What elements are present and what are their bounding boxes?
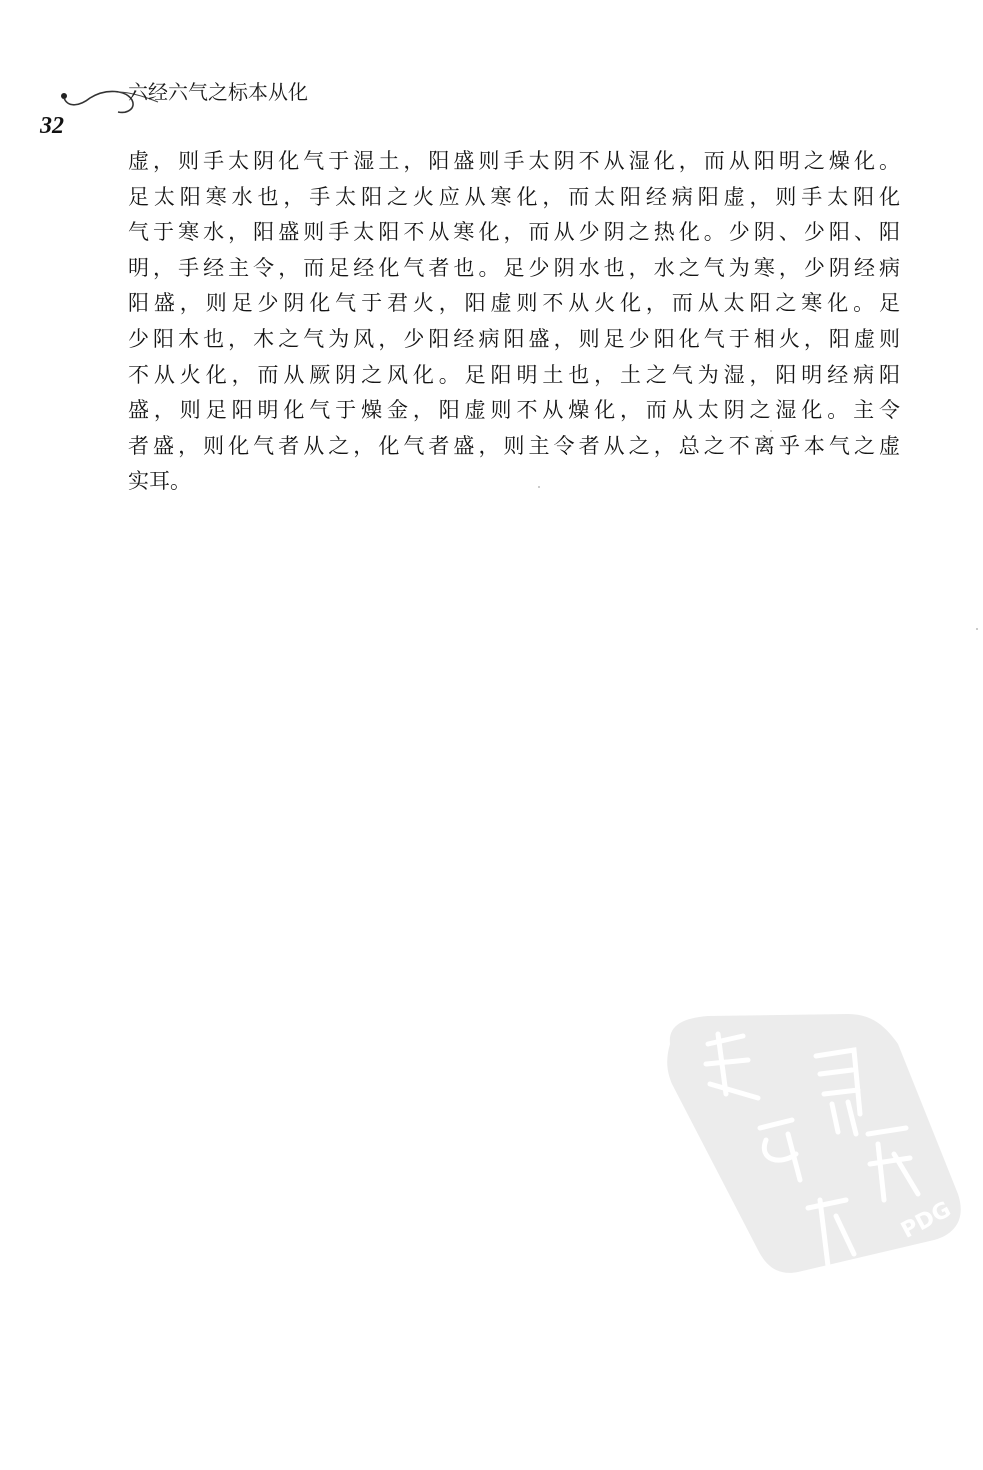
text-line: 少阳木也，木之气为风，少阳经病阳盛，则足少阳化气于相火，阳虚则 <box>128 322 900 358</box>
text-line: 者盛，则化气者从之，化气者盛，则主令者从之，总之不离乎本气之虚 <box>128 429 900 465</box>
running-title: 六经六气之标本从化 <box>128 76 308 105</box>
body-text: 虚，则手太阴化气于湿土，阳盛则手太阴不从湿化，而从阳明之燥化。 足太阳寒水也，手… <box>128 144 900 500</box>
text-line: 足太阳寒水也，手太阳之火应从寒化，而太阳经病阳虚，则手太阳化 <box>128 180 900 216</box>
page-number: 32 <box>40 113 64 140</box>
text-line: 不从火化，而从厥阴之风化。足阳明土也，土之气为湿，阳明经病阳 <box>128 358 900 394</box>
scan-speck <box>538 486 540 488</box>
text-line: 盛，则足阳明化气于燥金，阳虚则不从燥化，而从太阴之湿化。主令 <box>128 393 900 429</box>
text-line: 阳盛，则足少阴化气于君火，阳虚则不从火化，而从太阳之寒化。足 <box>128 286 900 322</box>
text-line: 实耳。 <box>128 464 900 500</box>
scan-speck <box>976 628 978 630</box>
text-line: 明，手经主令，而足经化气者也。足少阴水也，水之气为寒，少阴经病 <box>128 251 900 287</box>
page-header: 六经六气之标本从化 32 <box>0 0 983 140</box>
text-line: 虚，则手太阴化气于湿土，阳盛则手太阴不从湿化，而从阳明之燥化。 <box>128 144 900 180</box>
text-line: 气于寒水，阳盛则手太阳不从寒化，而从少阴之热化。少阴、少阳、阳 <box>128 215 900 251</box>
scan-speck <box>770 430 772 432</box>
